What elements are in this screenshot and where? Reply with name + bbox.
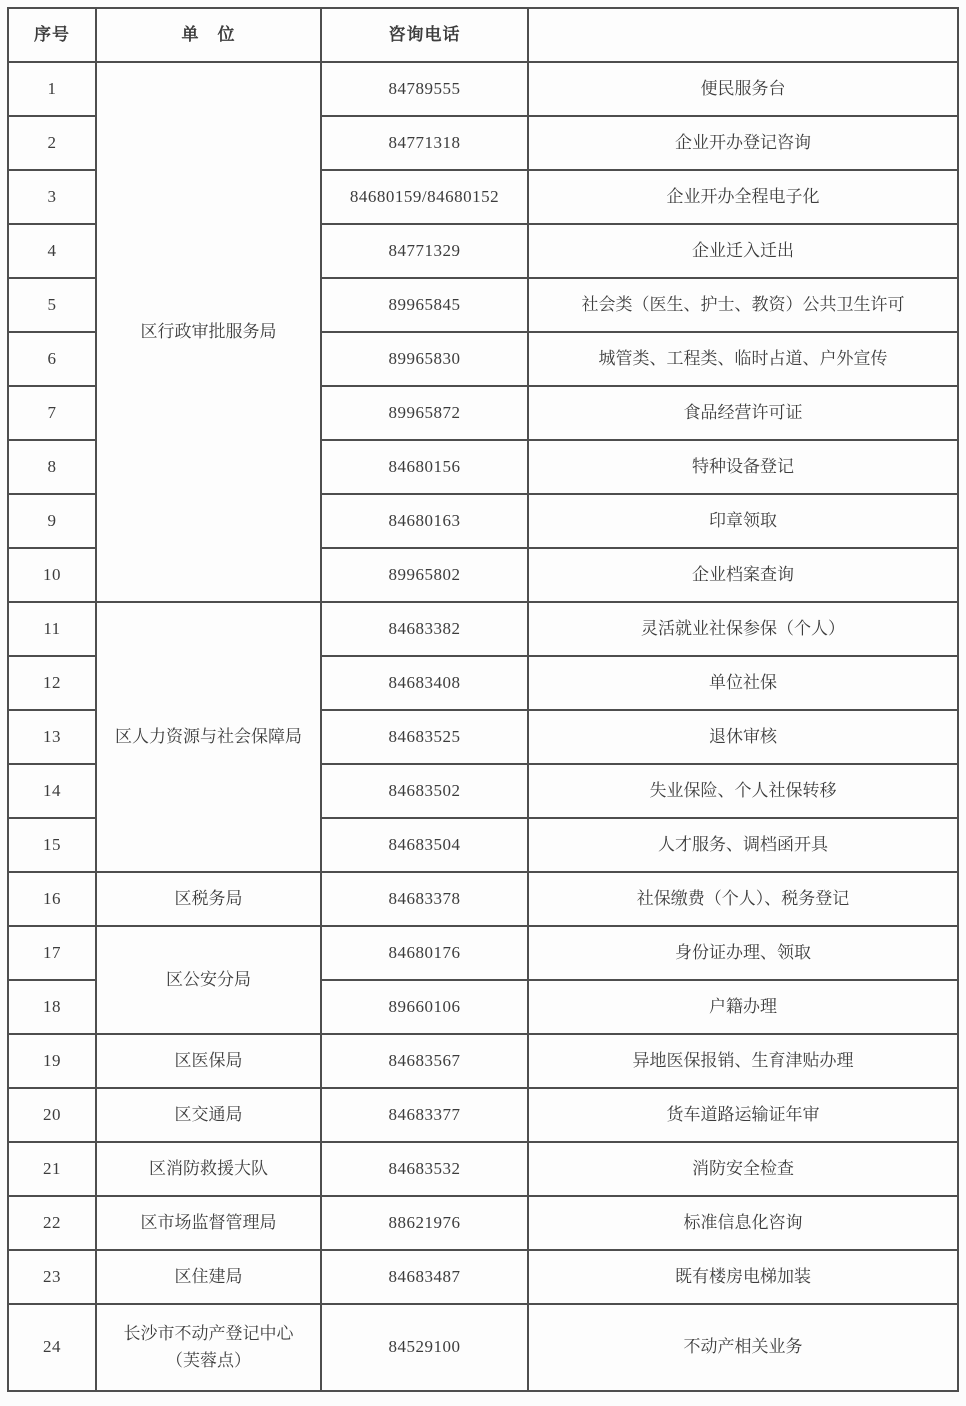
row-number-cell: 3	[8, 170, 96, 224]
phone-cell: 84789555	[321, 62, 528, 116]
phone-cell: 89965802	[321, 548, 528, 602]
row-number-cell: 9	[8, 494, 96, 548]
service-cell: 特种设备登记	[528, 440, 958, 494]
service-cell: 既有楼房电梯加装	[528, 1250, 958, 1304]
phone-cell: 84683504	[321, 818, 528, 872]
table-row: 17区公安分局84680176身份证办理、领取	[8, 926, 958, 980]
service-cell: 企业开办登记咨询	[528, 116, 958, 170]
service-cell: 印章领取	[528, 494, 958, 548]
phone-cell: 84529100	[321, 1304, 528, 1391]
phone-cell: 88621976	[321, 1196, 528, 1250]
service-cell: 灵活就业社保参保（个人）	[528, 602, 958, 656]
table-row: 22区市场监督管理局88621976标准信息化咨询	[8, 1196, 958, 1250]
row-number-cell: 11	[8, 602, 96, 656]
service-cell: 退休审核	[528, 710, 958, 764]
row-number-cell: 2	[8, 116, 96, 170]
service-phone-table: 序号 单 位 咨询电话 1区行政审批服务局84789555便民服务台284771…	[7, 7, 959, 1392]
table-header: 序号 单 位 咨询电话	[8, 8, 958, 62]
phone-cell: 84680163	[321, 494, 528, 548]
service-cell: 失业保险、个人社保转移	[528, 764, 958, 818]
service-cell: 单位社保	[528, 656, 958, 710]
unit-cell: 长沙市不动产登记中心（芙蓉点）	[96, 1304, 321, 1391]
service-cell: 社会类（医生、护士、教资）公共卫生许可	[528, 278, 958, 332]
phone-cell: 84683567	[321, 1034, 528, 1088]
row-number-cell: 14	[8, 764, 96, 818]
service-cell: 不动产相关业务	[528, 1304, 958, 1391]
phone-cell: 84683377	[321, 1088, 528, 1142]
service-cell: 企业迁入迁出	[528, 224, 958, 278]
header-cell-service	[528, 8, 958, 62]
phone-cell: 89965830	[321, 332, 528, 386]
unit-cell: 区税务局	[96, 872, 321, 926]
row-number-cell: 19	[8, 1034, 96, 1088]
phone-cell: 84683408	[321, 656, 528, 710]
unit-cell: 区市场监督管理局	[96, 1196, 321, 1250]
row-number-cell: 16	[8, 872, 96, 926]
row-number-cell: 12	[8, 656, 96, 710]
service-cell: 食品经营许可证	[528, 386, 958, 440]
row-number-cell: 21	[8, 1142, 96, 1196]
header-cell-no: 序号	[8, 8, 96, 62]
service-cell: 标准信息化咨询	[528, 1196, 958, 1250]
phone-cell: 84683532	[321, 1142, 528, 1196]
unit-cell: 区医保局	[96, 1034, 321, 1088]
table-row: 19区医保局84683567异地医保报销、生育津贴办理	[8, 1034, 958, 1088]
phone-cell: 84771318	[321, 116, 528, 170]
table-row: 23区住建局84683487既有楼房电梯加装	[8, 1250, 958, 1304]
service-cell: 货车道路运输证年审	[528, 1088, 958, 1142]
phone-cell: 84771329	[321, 224, 528, 278]
row-number-cell: 18	[8, 980, 96, 1034]
phone-cell: 89660106	[321, 980, 528, 1034]
row-number-cell: 22	[8, 1196, 96, 1250]
table-row: 16区税务局84683378社保缴费（个人）、税务登记	[8, 872, 958, 926]
service-cell: 城管类、工程类、临时占道、户外宣传	[528, 332, 958, 386]
service-cell: 企业开办全程电子化	[528, 170, 958, 224]
row-number-cell: 1	[8, 62, 96, 116]
service-cell: 社保缴费（个人）、税务登记	[528, 872, 958, 926]
phone-cell: 84683382	[321, 602, 528, 656]
table-row: 11区人力资源与社会保障局84683382灵活就业社保参保（个人）	[8, 602, 958, 656]
table-row: 20区交通局84683377货车道路运输证年审	[8, 1088, 958, 1142]
header-row: 序号 单 位 咨询电话	[8, 8, 958, 62]
row-number-cell: 23	[8, 1250, 96, 1304]
phone-directory-page: 序号 单 位 咨询电话 1区行政审批服务局84789555便民服务台284771…	[0, 0, 966, 1406]
service-cell: 便民服务台	[528, 62, 958, 116]
phone-cell: 84680176	[321, 926, 528, 980]
row-number-cell: 13	[8, 710, 96, 764]
phone-cell: 89965872	[321, 386, 528, 440]
service-cell: 企业档案查询	[528, 548, 958, 602]
row-number-cell: 4	[8, 224, 96, 278]
phone-cell: 84680159/84680152	[321, 170, 528, 224]
table-row: 1区行政审批服务局84789555便民服务台	[8, 62, 958, 116]
header-cell-phone: 咨询电话	[321, 8, 528, 62]
unit-cell: 区住建局	[96, 1250, 321, 1304]
row-number-cell: 24	[8, 1304, 96, 1391]
row-number-cell: 20	[8, 1088, 96, 1142]
service-cell: 户籍办理	[528, 980, 958, 1034]
unit-cell: 区消防救援大队	[96, 1142, 321, 1196]
table-row: 24长沙市不动产登记中心（芙蓉点）84529100不动产相关业务	[8, 1304, 958, 1391]
row-number-cell: 5	[8, 278, 96, 332]
row-number-cell: 17	[8, 926, 96, 980]
header-cell-unit: 单 位	[96, 8, 321, 62]
unit-cell: 区行政审批服务局	[96, 62, 321, 602]
row-number-cell: 15	[8, 818, 96, 872]
phone-cell: 84683378	[321, 872, 528, 926]
service-cell: 身份证办理、领取	[528, 926, 958, 980]
row-number-cell: 10	[8, 548, 96, 602]
phone-cell: 84683525	[321, 710, 528, 764]
service-cell: 人才服务、调档函开具	[528, 818, 958, 872]
table-row: 21区消防救援大队84683532消防安全检查	[8, 1142, 958, 1196]
unit-cell: 区人力资源与社会保障局	[96, 602, 321, 872]
phone-cell: 84683487	[321, 1250, 528, 1304]
unit-cell: 区交通局	[96, 1088, 321, 1142]
phone-cell: 89965845	[321, 278, 528, 332]
unit-cell: 区公安分局	[96, 926, 321, 1034]
row-number-cell: 7	[8, 386, 96, 440]
service-cell: 异地医保报销、生育津贴办理	[528, 1034, 958, 1088]
service-cell: 消防安全检查	[528, 1142, 958, 1196]
row-number-cell: 6	[8, 332, 96, 386]
row-number-cell: 8	[8, 440, 96, 494]
phone-cell: 84683502	[321, 764, 528, 818]
table-body: 1区行政审批服务局84789555便民服务台284771318企业开办登记咨询3…	[8, 62, 958, 1391]
phone-cell: 84680156	[321, 440, 528, 494]
